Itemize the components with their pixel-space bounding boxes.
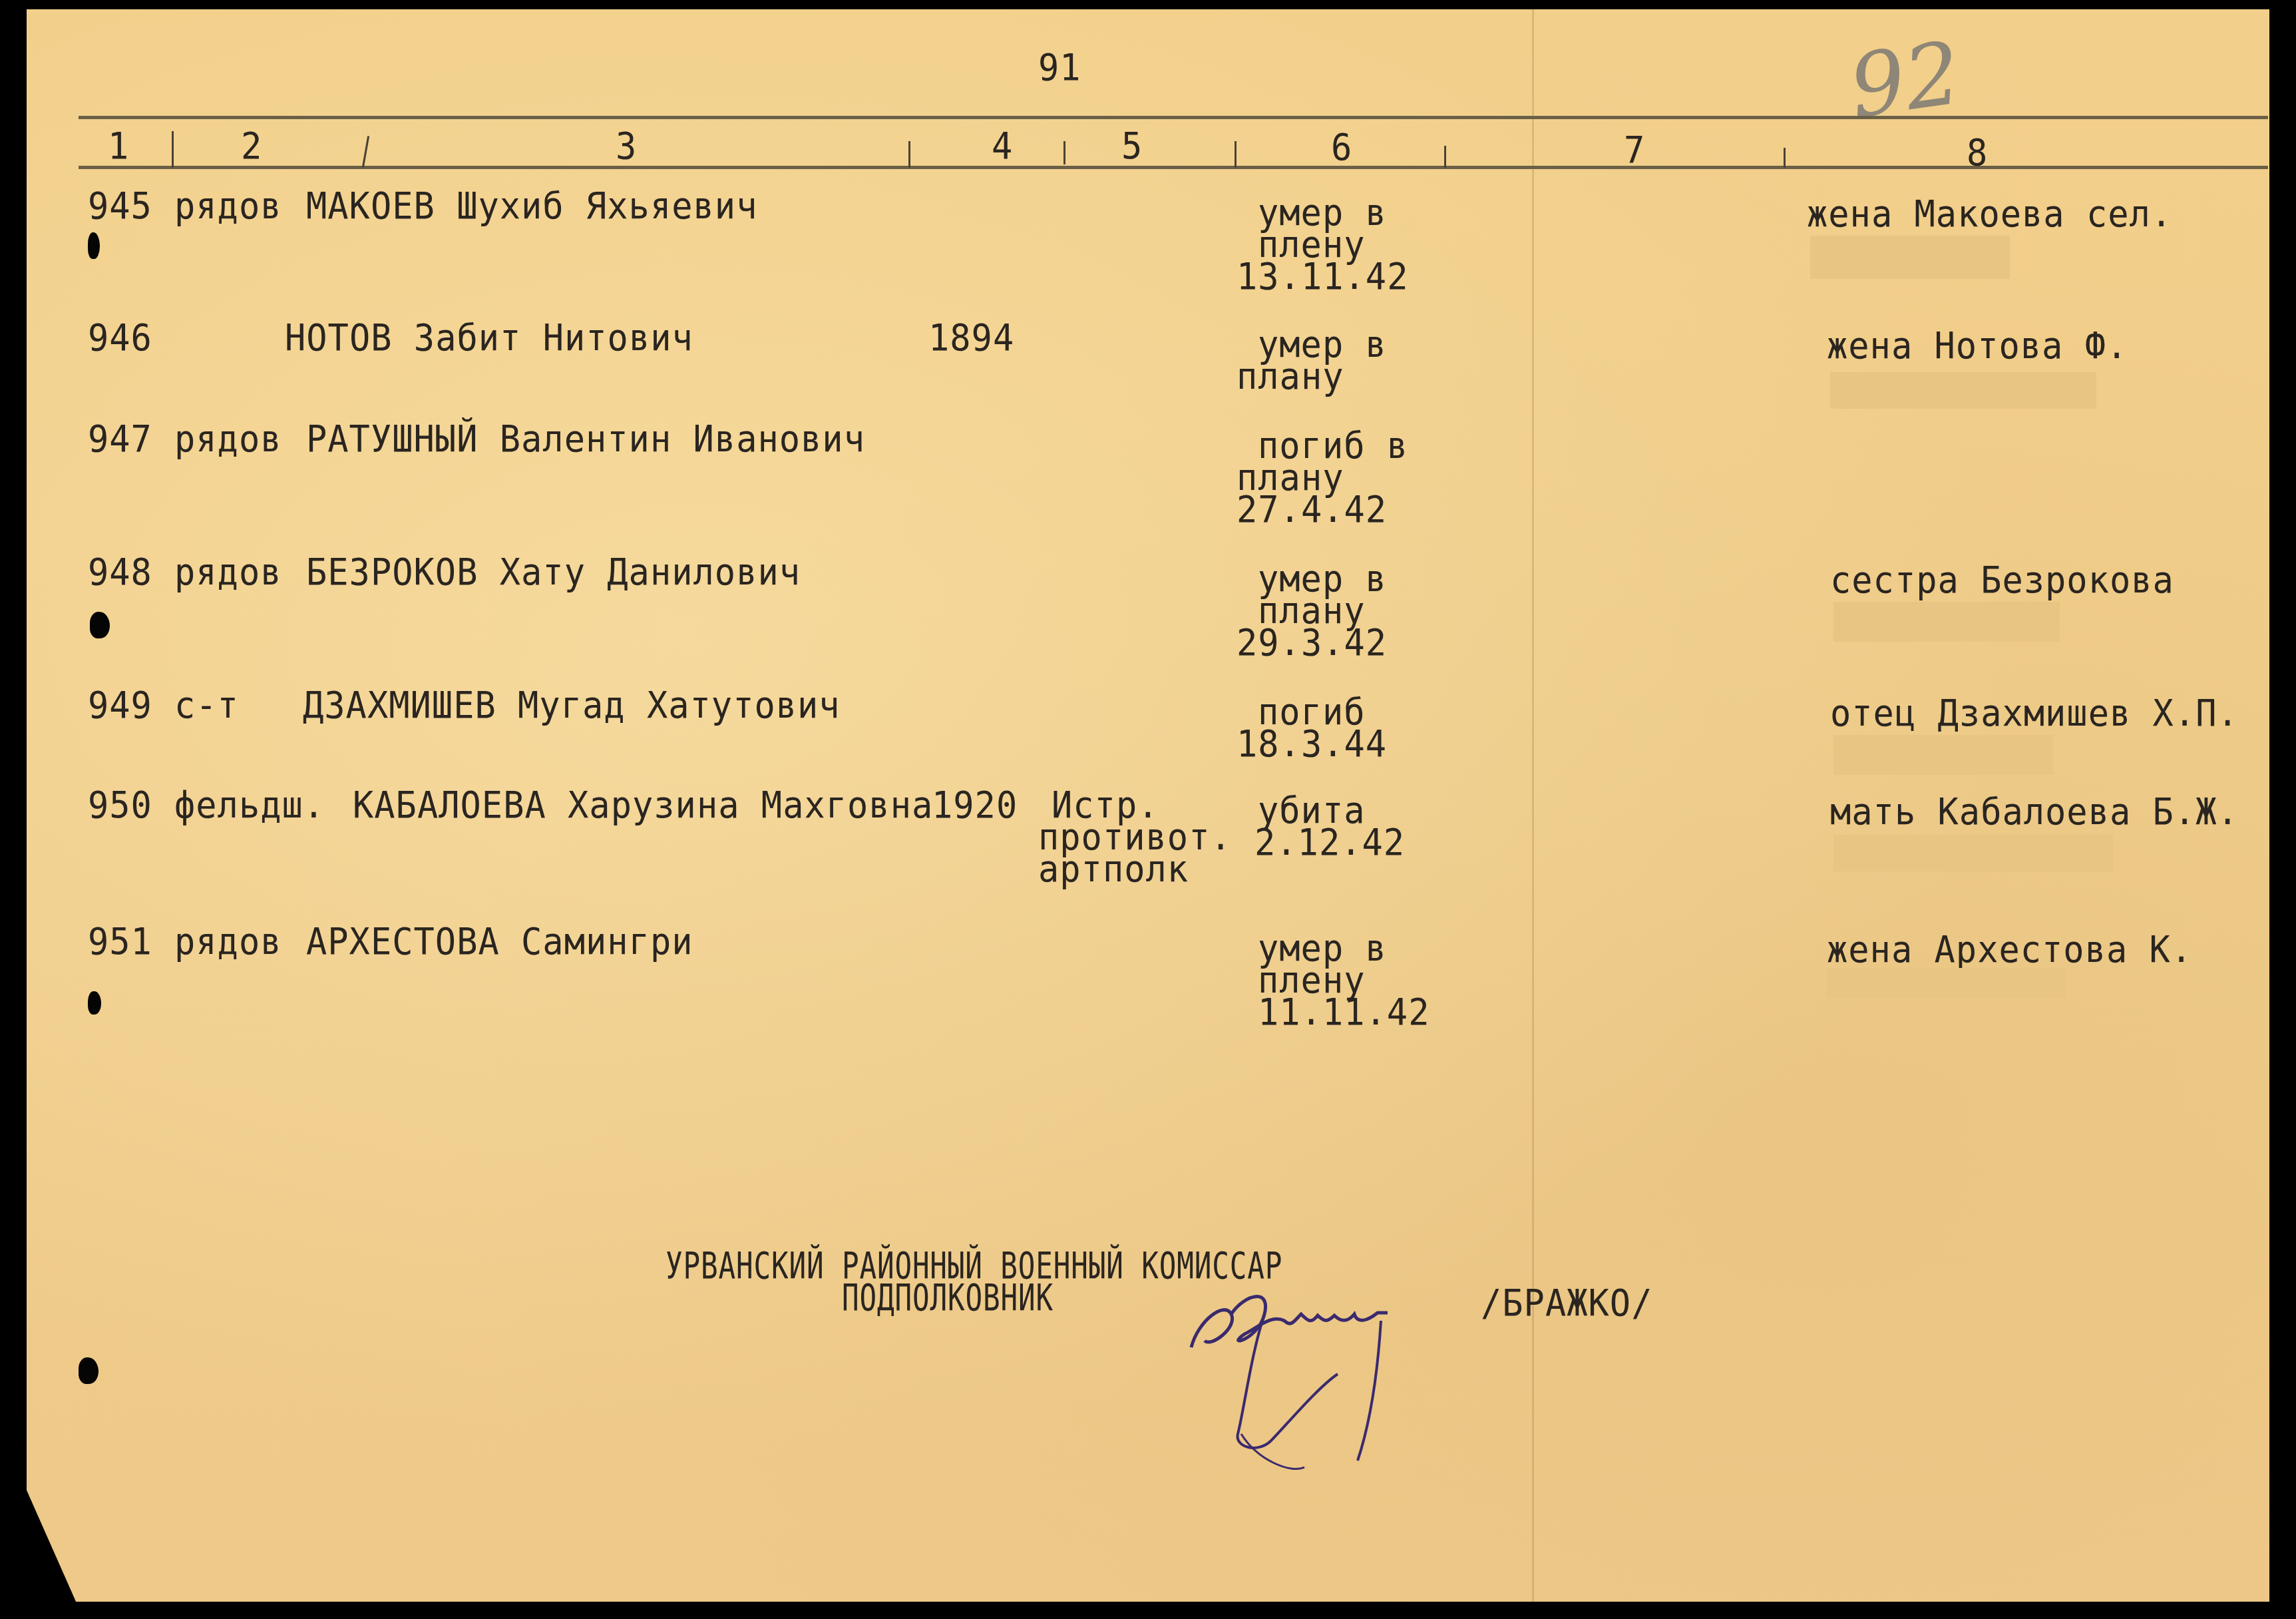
redacted-address [1833,735,2053,775]
pencil-page-number: 92 [1843,22,1967,138]
typed-page-number: 91 [1038,51,1081,86]
column-divider [1784,148,1786,168]
signatory-name: /БРАЖКО/ [1481,1286,1652,1321]
record-relative: жена Архестова К. [1827,933,2192,968]
column-header-7: 7 [1624,133,1645,168]
record-rank: рядов [174,189,282,224]
record-number: 951 [88,925,152,960]
record-number: 945 [88,189,152,224]
punch-hole [88,991,101,1015]
column-header-1: 1 [108,129,129,164]
record-number: 946 [88,321,152,356]
column-divider [908,141,910,168]
column-divider [1444,146,1446,168]
column-header-8: 8 [1967,136,1988,171]
record-rank: с-т [174,688,239,724]
record-name: АРХЕСТОВА Самингри [306,925,693,960]
redacted-address [1827,968,2066,998]
record-unit-line: артполк [1038,852,1189,887]
record-birth-year: 1920 [932,788,1018,823]
column-divider [1063,141,1065,164]
record-relative: мать Кабалоева Б.Ж. [1830,795,2239,830]
record-name: МАКОЕВ Шухиб Яхьяевич [306,189,757,224]
record-rank: рядов [174,925,282,960]
fold-line [1532,9,1534,1602]
column-header-3: 3 [616,129,637,164]
punch-hole [88,232,100,259]
punch-hole [90,612,110,638]
record-relative: сестра Безрокова [1830,563,2174,598]
column-divider [362,136,369,168]
record-relative: жена Макоева сел. [1807,197,2172,232]
document-page: 91 92 1 2 3 4 5 6 7 8 945 рядов МАКОЕВ Ш… [27,9,2269,1602]
redacted-address [1833,835,2113,871]
commissar-rank: ПОДПОЛКОВНИК [842,1281,1053,1316]
record-birth-year: 1894 [928,321,1014,356]
redacted-address [1830,372,2096,409]
column-header-5: 5 [1121,129,1143,164]
record-fate-line: плану [1237,359,1344,395]
record-relative: жена Нотова Ф. [1827,329,2128,364]
column-divider [172,131,174,168]
handwritten-signature [1185,1274,1491,1474]
record-fate-date: 2.12.42 [1254,825,1405,861]
punch-hole [79,1357,98,1384]
record-number: 950 [88,788,152,823]
record-relative: отец Дзахмишев Х.П. [1830,696,2239,732]
header-top-rule [79,116,2268,119]
column-header-2: 2 [241,129,262,164]
record-number: 948 [88,555,152,590]
record-rank: фельдш. [174,788,325,823]
record-fate-date: 18.3.44 [1237,727,1387,762]
record-name: НОТОВ Забит Нитович [285,321,693,356]
record-name: КАБАЛОЕВА Харузина Махговна [353,788,933,823]
redacted-address [1833,602,2060,642]
record-fate-date: 29.3.42 [1237,626,1387,661]
record-fate-date: 13.11.42 [1237,260,1408,295]
record-number: 947 [88,422,152,457]
column-header-6: 6 [1331,130,1352,166]
header-bottom-rule [79,166,2268,169]
record-rank: рядов [174,422,282,457]
redacted-address [1810,236,2010,279]
record-fate-date: 11.11.42 [1258,995,1430,1031]
record-name: ДЗАХМИШЕВ Мугад Хатутович [303,688,841,724]
record-rank: рядов [174,555,282,590]
record-name: РАТУШНЫЙ Валентин Иванович [306,422,865,457]
record-name: БЕЗРОКОВ Хату Данилович [306,555,801,590]
column-divider [1235,141,1237,168]
record-fate-date: 27.4.42 [1237,493,1387,528]
record-number: 949 [88,688,152,724]
column-header-4: 4 [992,129,1013,164]
